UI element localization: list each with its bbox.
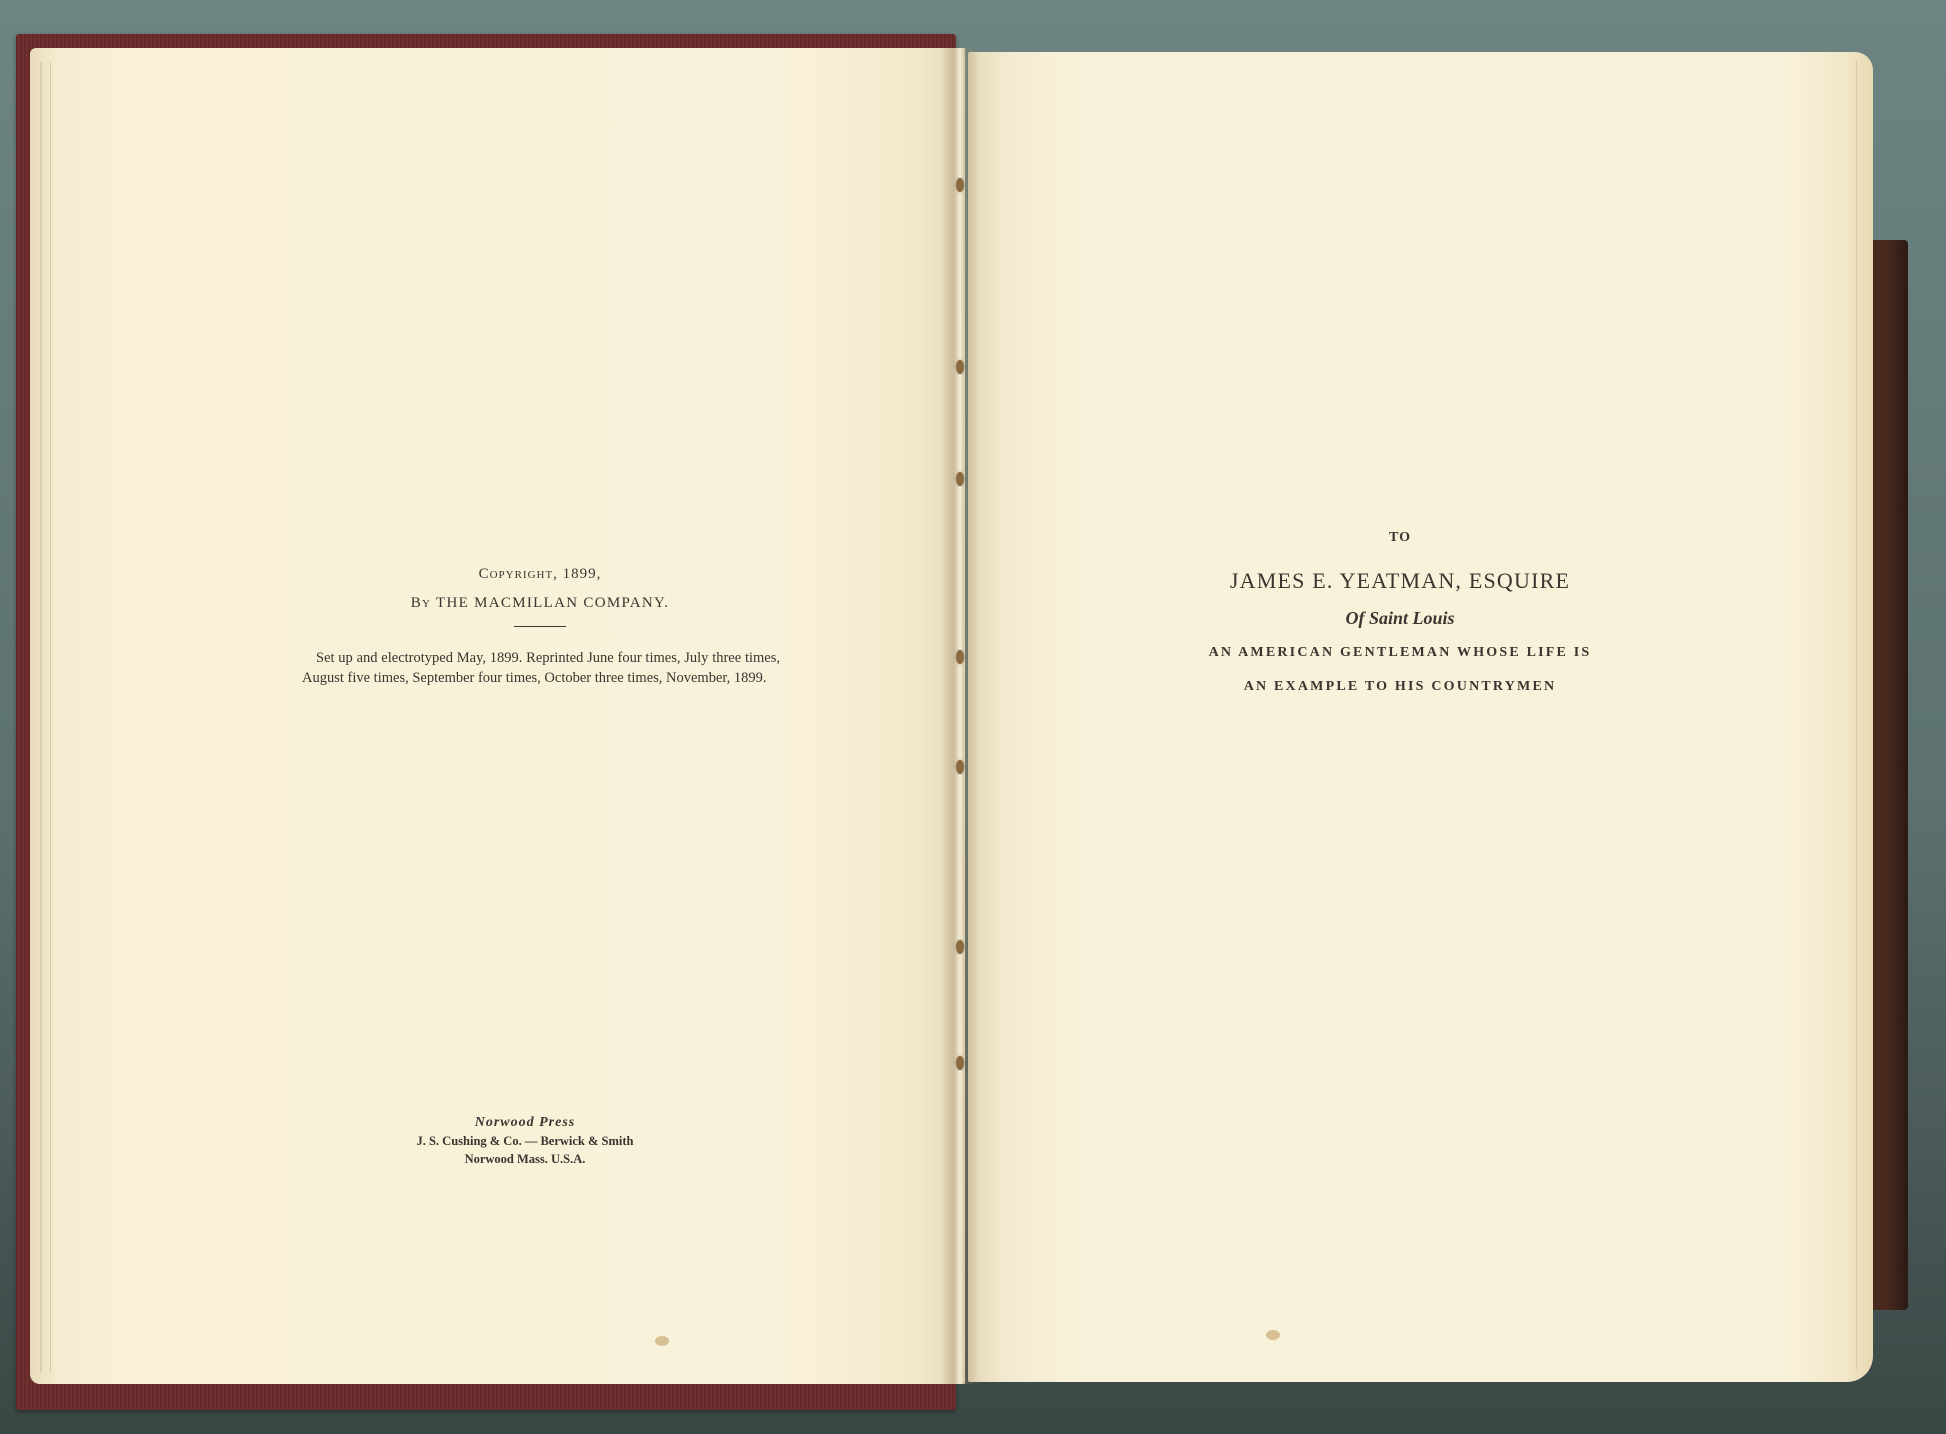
binding-stitch (956, 760, 964, 774)
left-page-edges (40, 62, 51, 1372)
binding-stitch (956, 1056, 964, 1070)
binding-stitch (956, 940, 964, 954)
dedicatee-name: JAMES E. YEATMAN, ESQUIRE (1140, 568, 1660, 594)
binding-stitch (956, 472, 964, 486)
dedicatee-place: Of Saint Louis (1140, 608, 1660, 629)
dedication-line-2: AN EXAMPLE TO HIS COUNTRYMEN (1140, 679, 1660, 695)
copyright-notice: Copyright, 1899, By THE MACMILLAN COMPAN… (300, 566, 780, 627)
right-page (968, 52, 1873, 1382)
printer-imprint: Norwood Press J. S. Cushing & Co. — Berw… (390, 1114, 660, 1168)
divider-rule (514, 626, 566, 627)
printer-location: Norwood Mass. U.S.A. (390, 1150, 660, 1168)
paper-stain (655, 1336, 669, 1346)
left-page (30, 48, 965, 1384)
dedication-to: TO (1140, 530, 1660, 546)
binding-stitch (956, 650, 964, 664)
printer-name: Norwood Press (390, 1114, 660, 1132)
book-gutter (940, 48, 980, 1384)
printing-history: Set up and electrotyped May, 1899. Repri… (302, 648, 780, 688)
copyright-publisher: By THE MACMILLAN COMPANY. (300, 595, 780, 612)
right-page-edges (1856, 60, 1867, 1370)
printer-firms: J. S. Cushing & Co. — Berwick & Smith (390, 1132, 660, 1150)
binding-stitch (956, 178, 964, 192)
binding-stitch (956, 360, 964, 374)
dedication-line-1: AN AMERICAN GENTLEMAN WHOSE LIFE IS (1140, 645, 1660, 661)
dedication: TO JAMES E. YEATMAN, ESQUIRE Of Saint Lo… (1140, 530, 1660, 695)
copyright-year: Copyright, 1899, (300, 566, 780, 583)
paper-stain (1266, 1330, 1280, 1340)
